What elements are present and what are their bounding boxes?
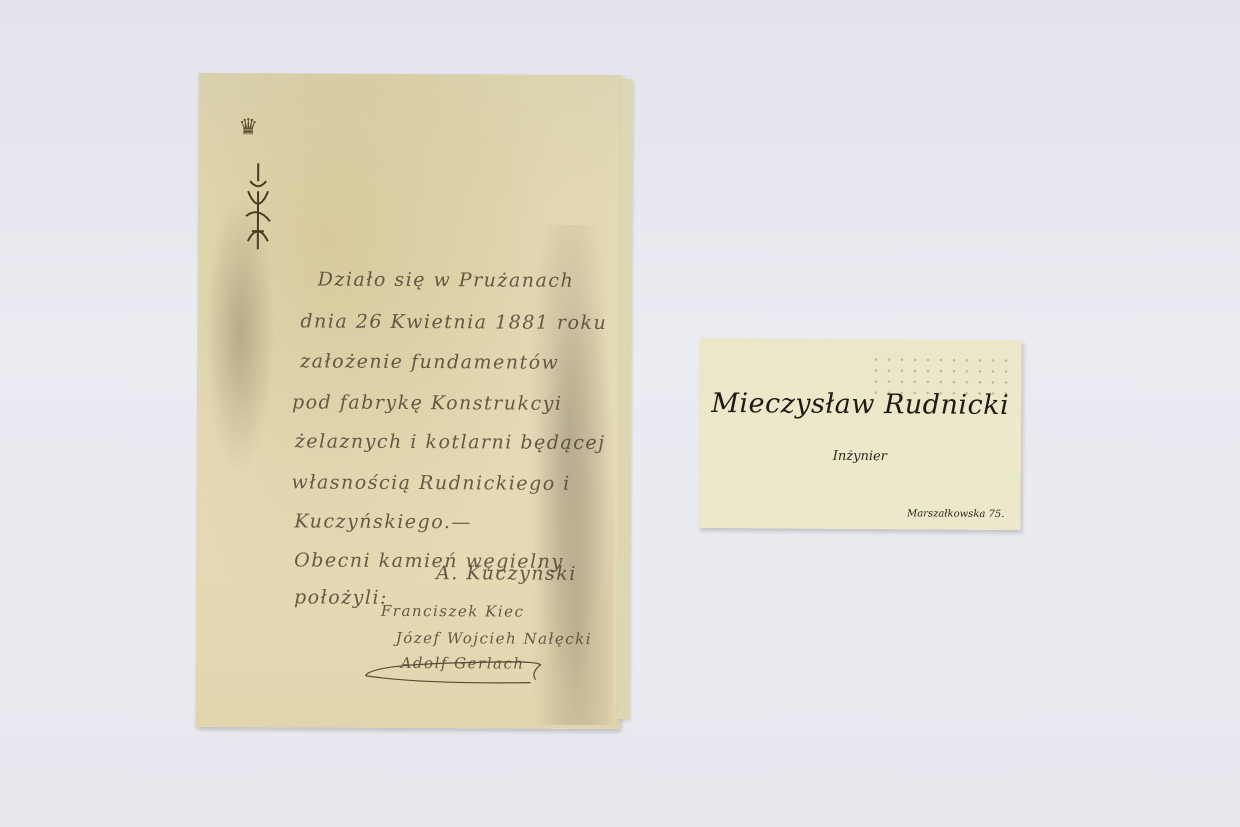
monogram-icon: [240, 161, 276, 251]
letter-line-9: położyli:: [294, 586, 388, 608]
card-name: Mieczysław Rudnicki: [699, 388, 1021, 421]
card-title: Inżynier: [699, 448, 1021, 465]
letter-line-5: żelaznych i kotlarni będącej: [295, 430, 606, 454]
letter-line-7: Kuczyńskiego.—: [294, 510, 472, 533]
letter-line-6: własnością Rudnickiego i: [292, 471, 571, 494]
letter-line-3: założenie fundamentów: [300, 350, 559, 373]
crown-icon: ♛: [238, 115, 258, 140]
handwritten-letter: ♛ Działo się w Prużanach dnia 26 Kwietni…: [195, 73, 622, 729]
signature-flourish: [360, 654, 560, 695]
letter-line-2: dnia 26 Kwietnia 1881 roku: [300, 310, 607, 334]
signature-1: A. Kuczyński: [436, 562, 577, 585]
letter-line-1: Działo się w Prużanach: [318, 269, 575, 292]
business-card: Mieczysław Rudnicki Inżynier Marszałkows…: [698, 338, 1021, 530]
letter-back-sheet: [617, 79, 632, 719]
card-address: Marszałkowska 75.: [907, 508, 1005, 520]
signature-2: Franciszek Kiec: [381, 602, 525, 621]
signature-3: Józef Wojcieh Nałęcki: [396, 629, 592, 648]
letter-line-4: pod fabrykę Konstrukcyi: [292, 391, 563, 414]
